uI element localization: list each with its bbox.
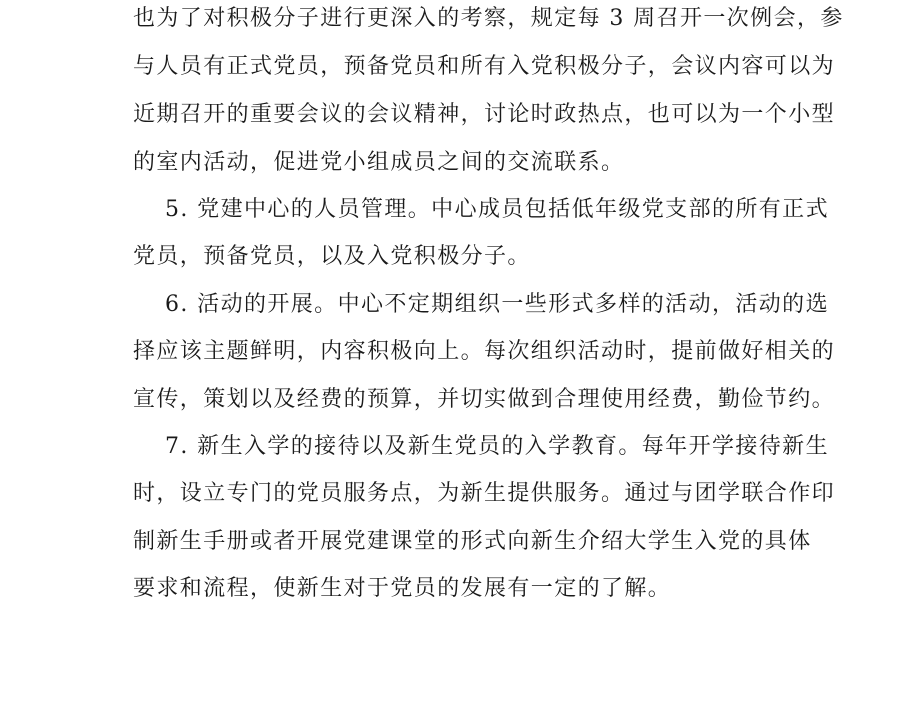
text-line: 宣传，策划以及经费的预算，并切实做到合理使用经费，勤俭节约。 xyxy=(133,386,835,414)
text-line: 与人员有正式党员，预备党员和所有入党积极分子，会议内容可以为 xyxy=(133,53,835,81)
text-line: 7. 新生入学的接待以及新生党员的入学教育。每年开学接待新生 xyxy=(165,433,829,461)
text-line: 时，设立专门的党员服务点，为新生提供服务。通过与团学联合作印 xyxy=(133,480,835,508)
document-page: 也为了对积极分子进行更深入的考察，规定每 3 周召开一次例会，参 与人员有正式党… xyxy=(0,0,900,708)
text-line: 制新生手册或者开展党建课堂的形式向新生介绍大学生入党的具体 xyxy=(133,528,812,556)
text-line: 6. 活动的开展。中心不定期组织一些形式多样的活动，活动的选 xyxy=(165,291,829,319)
text-line: 党员，预备党员，以及入党积极分子。 xyxy=(133,243,531,271)
text-line: 择应该主题鲜明，内容积极向上。每次组织活动时，提前做好相关的 xyxy=(133,338,835,366)
text-line: 也为了对积极分子进行更深入的考察，规定每 3 周召开一次例会，参 xyxy=(133,5,844,33)
text-line: 的室内活动，促进党小组成员之间的交流联系。 xyxy=(133,149,624,177)
text-line: 5. 党建中心的人员管理。中心成员包括低年级党支部的所有正式 xyxy=(165,196,829,224)
text-line: 近期召开的重要会议的会议精神，讨论时政热点，也可以为一个小型 xyxy=(133,101,835,129)
text-line: 要求和流程，使新生对于党员的发展有一定的了解。 xyxy=(133,575,671,603)
